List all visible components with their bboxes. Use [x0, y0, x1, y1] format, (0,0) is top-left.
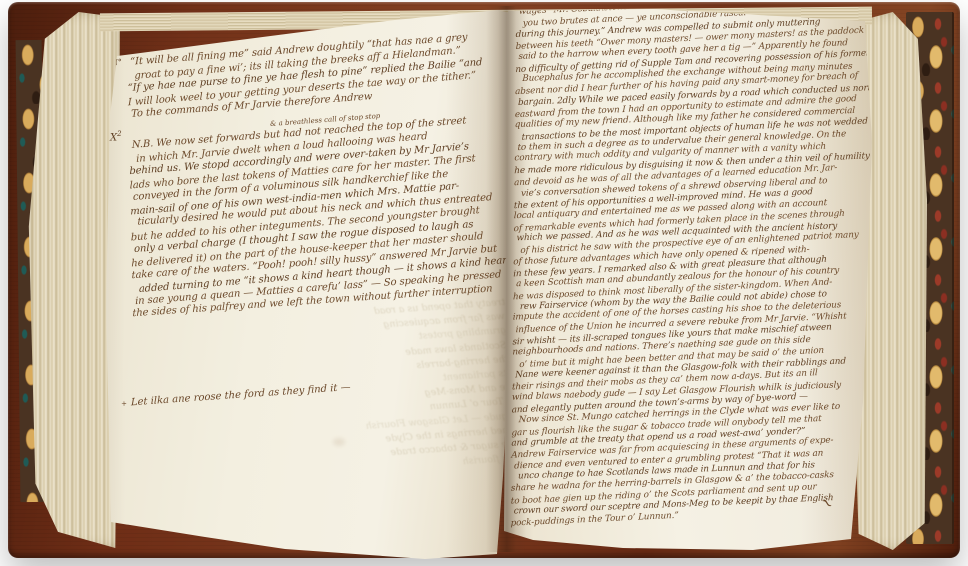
manuscript-photo: N° X2 & a breathless call of stop stop “…	[0, 0, 968, 566]
insertion-mark: +	[121, 400, 127, 408]
show-through-line: wind blaws naebody gude — Let Glasgow Fl…	[197, 403, 523, 446]
proverb-text: Let ilka ane roose the ford as they find…	[131, 382, 351, 408]
show-through-line: ventured to enter a grumbling protest	[191, 318, 523, 361]
show-through-line: was ever like to gar us flourish	[200, 445, 523, 488]
margin-mark-sup: 2	[117, 130, 121, 138]
left-page: N° X2 & a breathless call of stop stop “…	[95, 6, 523, 562]
left-page-text: “It will be all fining me” said Andrew d…	[127, 19, 523, 321]
show-through-line: gar us flourish like the sugar & tobacco…	[141, 431, 523, 478]
right-page: wages “Mr. Osbaldistone” said he “contra…	[503, 2, 875, 554]
margin-mark: X2	[110, 130, 122, 143]
show-through-line: unco change to hae Scotlands laws made	[160, 332, 523, 377]
show-through-line: since St. Mungo catched herrings in the …	[166, 417, 523, 462]
isolated-proverb-line: +Let ilka ane roose the ford as they fin…	[121, 382, 351, 409]
left-paragraph-nb: N.B. We now set forwards but had not rea…	[129, 102, 523, 321]
right-page-text: wages “Mr. Osbaldistone” said he “contra…	[511, 2, 875, 529]
foxing-spot	[333, 438, 345, 446]
